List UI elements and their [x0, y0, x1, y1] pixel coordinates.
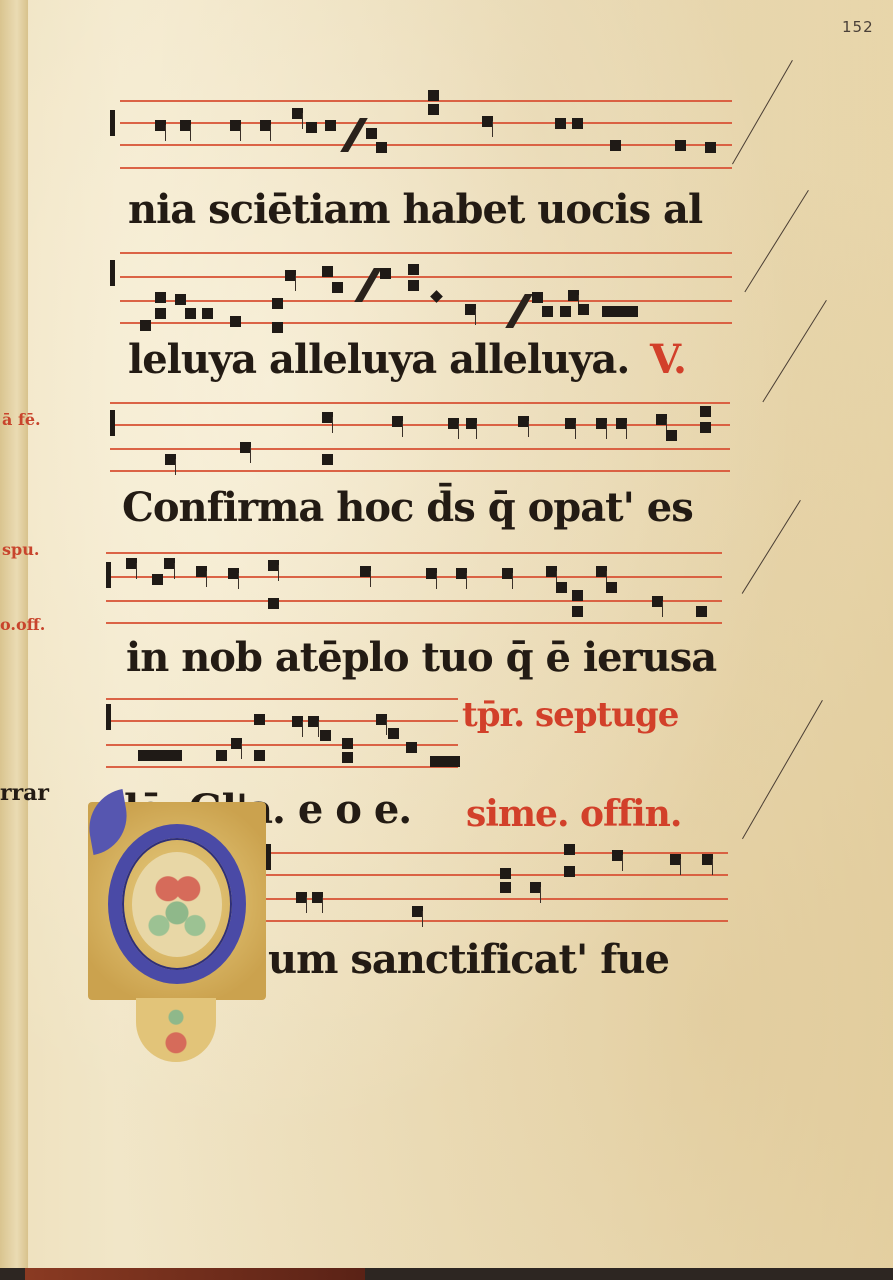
margin-pen-stroke — [742, 700, 823, 839]
lyric-line-3: Confirma hoc d̄s q̄ opat' es — [122, 488, 693, 528]
margin-pen-stroke — [744, 190, 808, 292]
book-edge — [0, 1268, 893, 1280]
lyric-line-6: um sanctificat' fue — [268, 940, 669, 980]
binding-edge — [25, 1268, 365, 1280]
c-clef-icon — [106, 562, 111, 588]
lyric-line-4: in nob atēplo tuo q̄ ē ierusa — [126, 638, 716, 678]
c-clef-icon — [110, 260, 115, 286]
left-margin-text: o.off. — [0, 615, 45, 634]
initial-foliate-ornament — [132, 852, 222, 957]
left-margin-text: spu. — [2, 540, 39, 559]
lyric-line-2: leluya alleluya alleluya. — [128, 340, 629, 380]
folio-number: 152 — [842, 18, 874, 36]
c-clef-icon — [266, 844, 271, 870]
c-clef-icon — [110, 110, 115, 136]
rubric-tempore-septuagesime: tp̄r. septuge — [462, 698, 678, 732]
initial-pendant-ornament — [136, 998, 216, 1062]
manuscript-page: 152 ā fē. spu. o.off. rrar nia sciētiam … — [0, 0, 893, 1272]
left-margin-text: rrar — [0, 780, 49, 806]
illuminated-initial-d — [88, 802, 266, 1000]
rubric-versicle: V. — [650, 340, 686, 380]
left-page-gutter — [0, 0, 28, 1272]
margin-pen-stroke — [762, 300, 826, 402]
left-margin-text: ā fē. — [2, 410, 41, 429]
margin-pen-stroke — [732, 60, 793, 164]
rubric-offertory: sime. offin. — [466, 796, 681, 832]
lyric-line-1: nia sciētiam habet uocis al — [128, 190, 702, 230]
c-clef-icon — [106, 704, 111, 730]
c-clef-icon — [110, 410, 115, 436]
margin-pen-stroke — [742, 500, 801, 594]
